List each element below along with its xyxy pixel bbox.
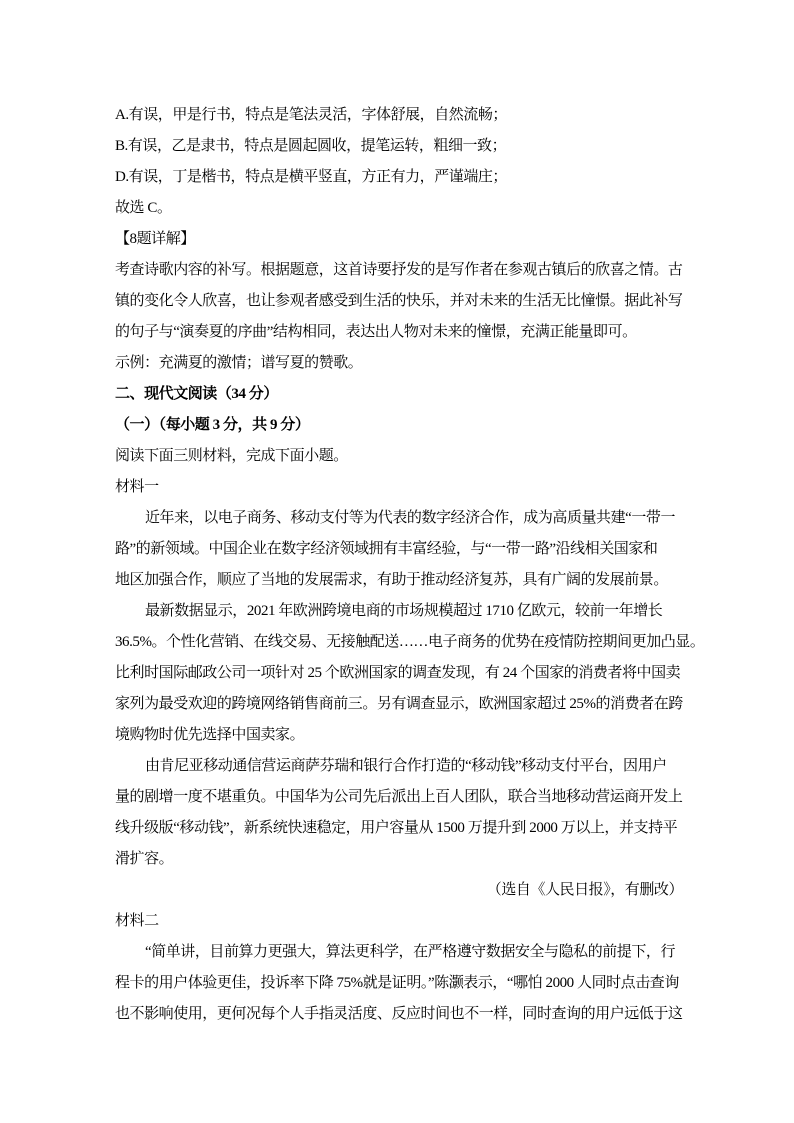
material-2-para-1-line-1: “简单讲，目前算力更强大，算法更科学，在严格遵守数据安全与隐私的前提下，行 bbox=[115, 937, 683, 968]
question-8-explanation-header: 【8题详解】 bbox=[115, 224, 683, 255]
material-1-label: 材料一 bbox=[115, 472, 683, 503]
reading-instruction: 阅读下面三则材料，完成下面小题。 bbox=[115, 441, 683, 472]
material-1-para-2-line-2: 36.5%。个性化营销、在线交易、无接触配送……电子商务的优势在疫情防控期间更加… bbox=[115, 627, 683, 658]
answer-option-d-analysis: D.有误，丁是楷书，特点是横平竖直，方正有力，严谨端庄； bbox=[115, 162, 683, 193]
material-2-label: 材料二 bbox=[115, 906, 683, 937]
material-1-para-3-line-2: 量的剧增一度不堪重负。中国华为公司先后派出上百人团队，联合当地移动营运商开发上 bbox=[115, 782, 683, 813]
material-1-para-3-line-1: 由肯尼亚移动通信营运商萨芬瑞和银行合作打造的“移动钱”移动支付平台，因用户 bbox=[115, 751, 683, 782]
material-1-para-2-line-4: 家列为最受欢迎的跨境网络销售商前三。另有调查显示，欧洲国家超过 25%的消费者在… bbox=[115, 689, 683, 720]
answer-conclusion: 故选 C。 bbox=[115, 193, 683, 224]
section-2-heading: 二、现代文阅读（34 分） bbox=[115, 379, 683, 410]
source-attribution: （选自《人民日报》，有删改） bbox=[115, 875, 683, 906]
material-1-para-2-line-1: 最新数据显示，2021 年欧洲跨境电商的市场规模超过 1710 亿欧元，较前一年… bbox=[115, 596, 683, 627]
material-1-para-3-line-4: 滑扩容。 bbox=[115, 844, 683, 875]
material-1-para-1-line-2: 路”的新领域。中国企业在数字经济领域拥有丰富经验，与“一带一路”沿线相关国家和 bbox=[115, 534, 683, 565]
material-1-para-1-line-1: 近年来，以电子商务、移动支付等为代表的数字经济合作，成为高质量共建“一带一 bbox=[115, 503, 683, 534]
answer-option-b-analysis: B.有误，乙是隶书，特点是圆起圆收，提笔运转，粗细一致； bbox=[115, 131, 683, 162]
material-1-para-3-line-3: 线升级版“移动钱”，新系统快速稳定，用户容量从 1500 万提升到 2000 万… bbox=[115, 813, 683, 844]
material-2-para-1-line-2: 程卡的用户体验更佳，投诉率下降 75%就是证明。”陈灏表示，“哪怕 2000 人… bbox=[115, 968, 683, 999]
subsection-1-heading: （一）（每小题 3 分，共 9 分） bbox=[115, 410, 683, 441]
material-2-para-1-line-3: 也不影响使用，更何况每个人手指灵活度、反应时间也不一样，同时查询的用户远低于这 bbox=[115, 999, 683, 1030]
question-8-example: 示例：充满夏的激情；谱写夏的赞歌。 bbox=[115, 348, 683, 379]
material-1-para-2-line-3: 比利时国际邮政公司一项针对 25 个欧洲国家的调查发现，有 24 个国家的消费者… bbox=[115, 658, 683, 689]
answer-option-a-analysis: A.有误，甲是行书，特点是笔法灵活，字体舒展，自然流畅； bbox=[115, 100, 683, 131]
material-1-para-1-line-3: 地区加强合作，顺应了当地的发展需求，有助于推动经济复苏，具有广阔的发展前景。 bbox=[115, 565, 683, 596]
document-body: A.有误，甲是行书，特点是笔法灵活，字体舒展，自然流畅； B.有误，乙是隶书，特… bbox=[115, 100, 683, 1030]
question-8-explanation-line-2: 镇的变化令人欣喜，也让参观者感受到生活的快乐，并对未来的生活无比憧憬。据此补写 bbox=[115, 286, 683, 317]
question-8-explanation-line-3: 的句子与“演奏夏的序曲”结构相同，表达出人物对未来的憧憬，充满正能量即可。 bbox=[115, 317, 683, 348]
material-1-para-2-line-5: 境购物时优先选择中国卖家。 bbox=[115, 720, 683, 751]
document-page: A.有误，甲是行书，特点是笔法灵活，字体舒展，自然流畅； B.有误，乙是隶书，特… bbox=[0, 0, 794, 1123]
question-8-explanation-line-1: 考查诗歌内容的补写。根据题意，这首诗要抒发的是写作者在参观古镇后的欣喜之情。古 bbox=[115, 255, 683, 286]
